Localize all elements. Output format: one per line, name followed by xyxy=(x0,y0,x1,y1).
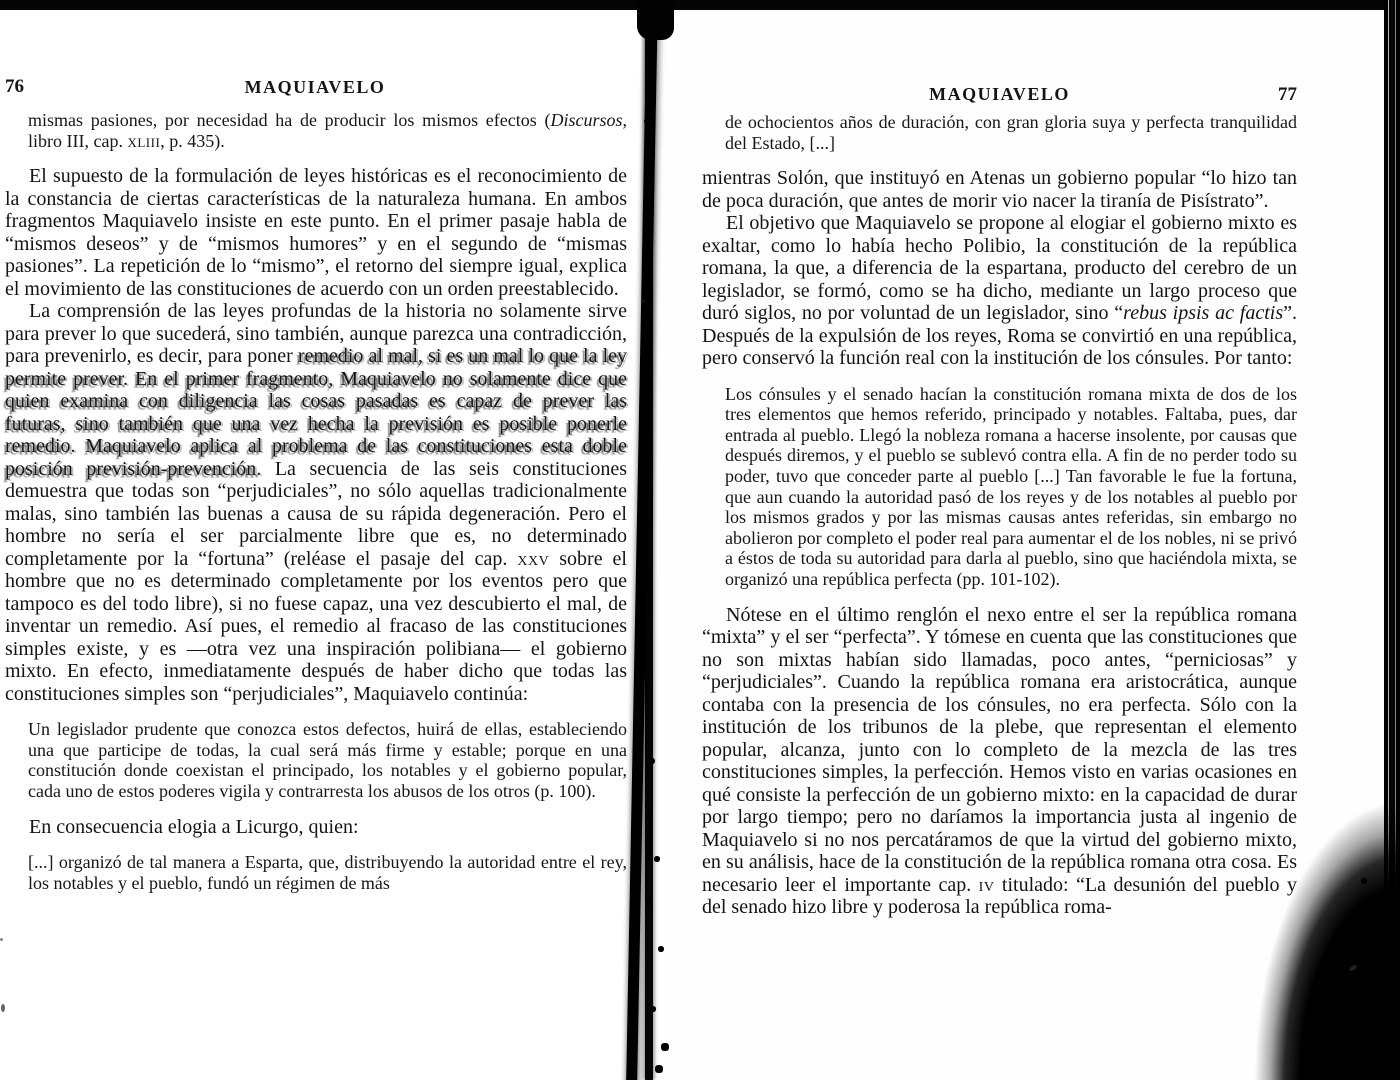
text-segment: xxv xyxy=(517,548,549,570)
text-segment: sobre el hombre que no es determinado co… xyxy=(5,548,627,705)
right-page-number: 77 xyxy=(702,84,1297,106)
text-segment: [...] organizó de tal manera a Esparta, … xyxy=(28,852,627,893)
body-paragraph: La comprensión de las leyes profundas de… xyxy=(5,300,627,705)
text-segment: iv xyxy=(979,874,995,896)
text-segment: mientras Solón, que instituyó en Atenas … xyxy=(702,167,1297,212)
text-segment: En consecuencia elogia a Licurgo, quien: xyxy=(29,816,359,838)
scan-top-edge xyxy=(0,0,1400,10)
left-running-title: MAQUIAVELO xyxy=(4,77,626,98)
body-paragraph: Nótese en el último renglón el nexo entr… xyxy=(702,604,1297,919)
text-segment: Discursos xyxy=(550,110,622,130)
ink-fleck xyxy=(0,938,3,941)
quote-paragraph: Un legislador prudente que conozca estos… xyxy=(28,719,627,801)
left-page: 76 MAQUIAVELO mismas pasiones, por neces… xyxy=(0,0,643,1080)
ink-fleck xyxy=(1,1004,5,1012)
text-segment: , p. 435). xyxy=(160,131,225,151)
quote-paragraph: mismas pasiones, por necesidad ha de pro… xyxy=(28,110,627,151)
body-paragraph: mientras Solón, que instituyó en Atenas … xyxy=(702,167,1297,212)
book-gutter-top-junction xyxy=(637,0,674,40)
left-page-text: mismas pasiones, por necesidad ha de pro… xyxy=(5,110,627,907)
quote-paragraph: de ochocientos años de duración, con gra… xyxy=(725,112,1297,153)
body-paragraph: En consecuencia elogia a Licurgo, quien: xyxy=(5,816,627,839)
text-segment: rebus ipsis ac factis xyxy=(1123,302,1283,324)
quote-paragraph: [...] organizó de tal manera a Esparta, … xyxy=(28,852,627,893)
text-segment: mismas pasiones, por necesidad ha de pro… xyxy=(28,110,550,130)
scan-corner-shadow xyxy=(1225,745,1400,1080)
corner-speckles xyxy=(1305,860,1307,862)
body-paragraph: El supuesto de la formulación de leyes h… xyxy=(5,165,627,300)
text-segment: de ochocientos años de duración, con gra… xyxy=(725,112,1297,153)
text-segment: Los cónsules y el senado hacían la const… xyxy=(725,384,1297,589)
quote-paragraph: Los cónsules y el senado hacían la const… xyxy=(725,384,1297,590)
text-segment: Un legislador prudente que conozca estos… xyxy=(28,719,627,801)
right-page-text: de ochocientos años de duración, con gra… xyxy=(702,112,1297,919)
text-segment: xliii xyxy=(127,131,160,151)
text-segment: Nótese en el último renglón el nexo entr… xyxy=(702,604,1297,896)
body-paragraph: El objetivo que Maquiavelo se propone al… xyxy=(702,212,1297,370)
gutter-speckles xyxy=(641,0,643,2)
text-segment: El supuesto de la formulación de leyes h… xyxy=(5,165,627,300)
